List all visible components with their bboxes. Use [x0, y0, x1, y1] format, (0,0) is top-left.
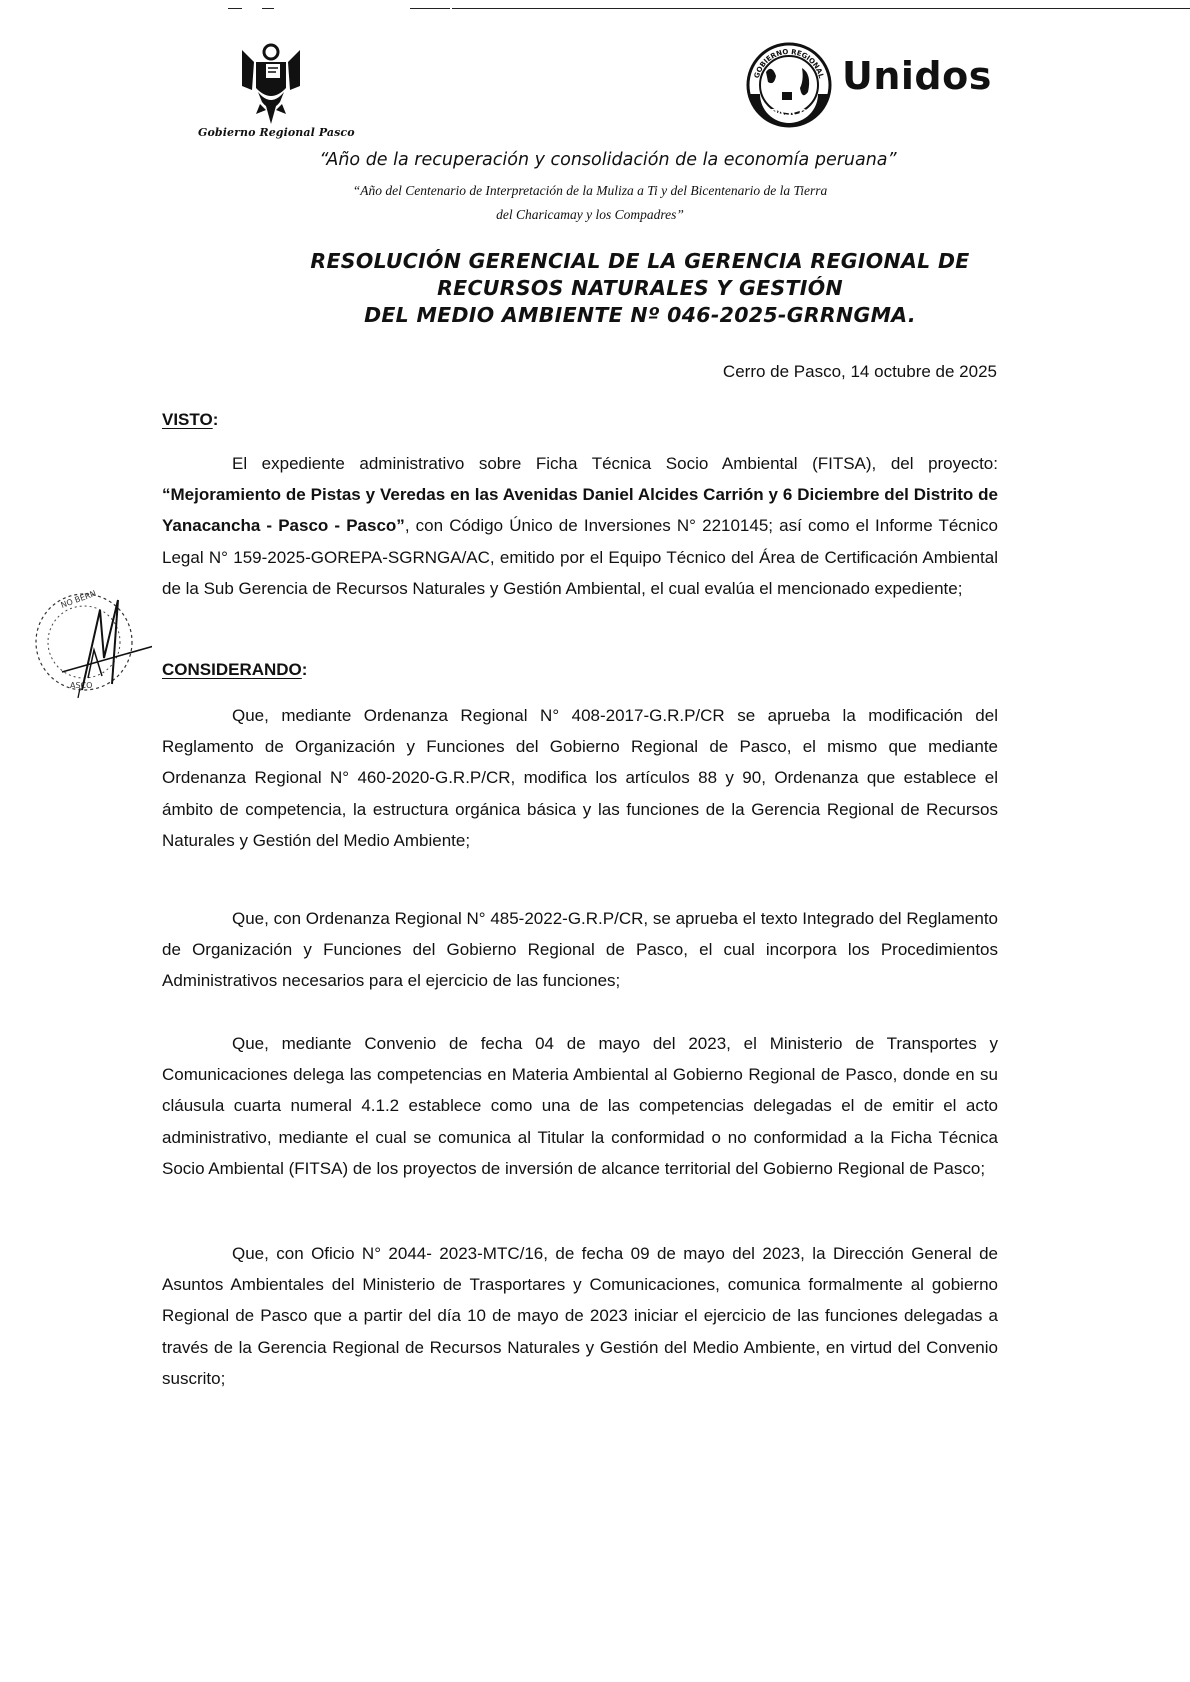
scan-artifact-line	[452, 8, 1190, 9]
title-line2: RECURSOS NATURALES Y GESTIÓN	[200, 275, 1080, 302]
dateline: Cerro de Pasco, 14 octubre de 2025	[723, 362, 997, 382]
title-line3: DEL MEDIO AMBIENTE Nº 046-2025-GRRNGMA.	[200, 302, 1080, 329]
visto-heading: VISTO:	[162, 410, 218, 430]
scan-artifact-line	[410, 8, 450, 9]
brand-unidos: Unidos	[842, 54, 992, 98]
resolution-title: RESOLUCIÓN GERENCIAL DE LA GERENCIA REGI…	[200, 248, 1080, 329]
considerando-paragraph-1: Que, mediante Ordenanza Regional N° 408-…	[162, 700, 998, 856]
title-line1: RESOLUCIÓN GERENCIAL DE LA GERENCIA REGI…	[200, 248, 1080, 275]
year-motto: “Año de la recuperación y consolidación …	[0, 150, 1190, 170]
considerando-heading: CONSIDERANDO:	[162, 660, 307, 680]
regional-motto-line2: del Charicamay y los Compadres”	[270, 203, 910, 227]
visto-paragraph: El expediente administrativo sobre Ficha…	[162, 448, 998, 604]
official-stamp-signature-icon: NO BERN ASCO	[22, 580, 152, 700]
scan-artifact-line	[228, 8, 242, 9]
considerando-paragraph-4: Que, con Oficio N° 2044- 2023-MTC/16, de…	[162, 1238, 998, 1394]
considerando-paragraph-2: Que, con Ordenanza Regional N° 485-2022-…	[162, 903, 998, 997]
scan-artifact-line	[262, 8, 274, 9]
svg-text:ASCO: ASCO	[70, 681, 92, 690]
considerando-paragraph-3: Que, mediante Convenio de fecha 04 de ma…	[162, 1028, 998, 1184]
svg-text:NO BERN: NO BERN	[60, 589, 98, 610]
regional-motto-line1: “Año del Centenario de Interpretación de…	[270, 179, 910, 203]
svg-text:PASCO: PASCO	[770, 108, 807, 119]
regional-motto: “Año del Centenario de Interpretación de…	[270, 179, 910, 227]
coat-of-arms-icon	[236, 42, 306, 126]
document-page: Gobierno Regional Pasco PASCO GOBIERNO R…	[0, 0, 1190, 1682]
coat-caption: Gobierno Regional Pasco	[198, 126, 355, 139]
regional-seal-icon: PASCO GOBIERNO REGIONAL	[746, 42, 832, 128]
